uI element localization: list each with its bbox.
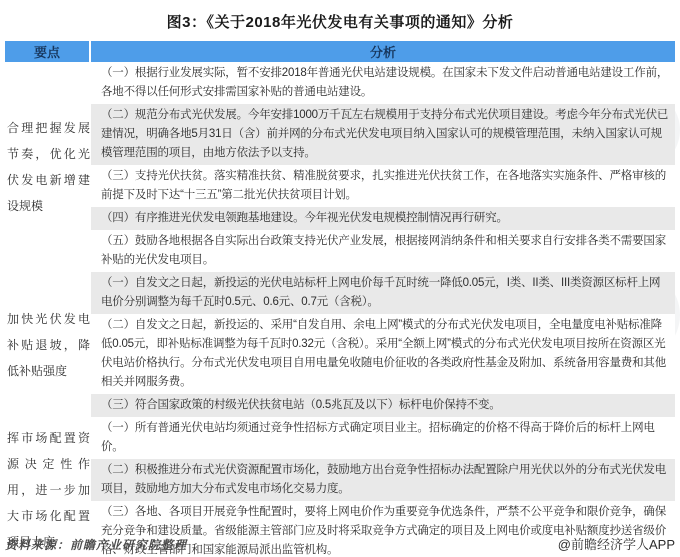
- key-point-label: 合理把握发展节奏，优化光伏发电新增建设规模: [6, 115, 90, 219]
- analysis-item: （一）所有普通光伏电站均须通过竞争性招标方式确定项目业主。招标确定的价格不得高于…: [91, 417, 675, 459]
- analysis-item: （三）支持光伏扶贫。落实精准扶贫、精准脱贫要求，扎实推进光伏扶贫工作，在各地落实…: [91, 165, 675, 207]
- analysis-item: （五）鼓励各地根据各自实际出台政策支持光伏产业发展，根据接网消纳条件和相关要求自…: [91, 230, 675, 272]
- column-header-key-points: 要点: [5, 41, 89, 62]
- analysis-item: （一）自发文之日起，新投运的光伏电站标杆上网电价每千瓦时统一降低0.05元，I类…: [91, 272, 675, 314]
- table-body: 合理把握发展节奏，优化光伏发电新增建设规模 （一）根据行业发展实际，暂不安排20…: [5, 62, 675, 557]
- analysis-item: （四）有序推进光伏发电领跑基地建设。今年视光伏发电规模控制情况再行研究。: [91, 207, 675, 230]
- analysis-item: （三）符合国家政策的村级光伏扶贫电站（0.5兆瓦及以下）标杆电价保持不变。: [91, 394, 675, 417]
- key-point-label: 加快光伏发电补贴退坡，降低补贴强度: [6, 306, 90, 384]
- analysis-item: （二）积极推进分布式光伏资源配置市场化，鼓励地方出台竞争性招标办法配置除户用光伏…: [91, 459, 675, 501]
- column-header-analysis: 分析: [91, 41, 675, 62]
- analysis-cell: （一）自发文之日起，新投运的光伏电站标杆上网电价每千瓦时统一降低0.05元，I类…: [91, 272, 675, 417]
- analysis-item: （二）规范分布式光伏发展。今年安排1000万千瓦左右规模用于支持分布式光伏项目建…: [91, 104, 675, 165]
- analysis-table: 要点 分析 合理把握发展节奏，优化光伏发电新增建设规模 （一）根据行业发展实际，…: [5, 41, 675, 557]
- key-point-cell: 合理把握发展节奏，优化光伏发电新增建设规模: [5, 62, 91, 272]
- credit-note: @前瞻经济学人APP: [558, 534, 675, 553]
- table-row: 加快光伏发电补贴退坡，降低补贴强度 （一）自发文之日起，新投运的光伏电站标杆上网…: [5, 272, 675, 417]
- analysis-cell: （一）根据行业发展实际，暂不安排2018年普通光伏电站建设规模。在国家未下发文件…: [91, 62, 675, 272]
- analysis-item: （一）根据行业发展实际，暂不安排2018年普通光伏电站建设规模。在国家未下发文件…: [91, 62, 675, 104]
- analysis-item: （二）自发文之日起，新投运的、采用“自发自用、余电上网”模式的分布式光伏发电项目…: [91, 314, 675, 394]
- table-header-row: 要点 分析: [5, 41, 675, 62]
- figure-title: 图3：《关于2018年光伏发电有关事项的通知》分析: [0, 0, 680, 32]
- footer: 资料来源：前瞻产业研究院整理 @前瞻经济学人APP: [5, 534, 675, 553]
- key-point-cell: 加快光伏发电补贴退坡，降低补贴强度: [5, 272, 91, 417]
- source-note: 资料来源：前瞻产业研究院整理: [5, 536, 187, 553]
- table-row: 合理把握发展节奏，优化光伏发电新增建设规模 （一）根据行业发展实际，暂不安排20…: [5, 62, 675, 272]
